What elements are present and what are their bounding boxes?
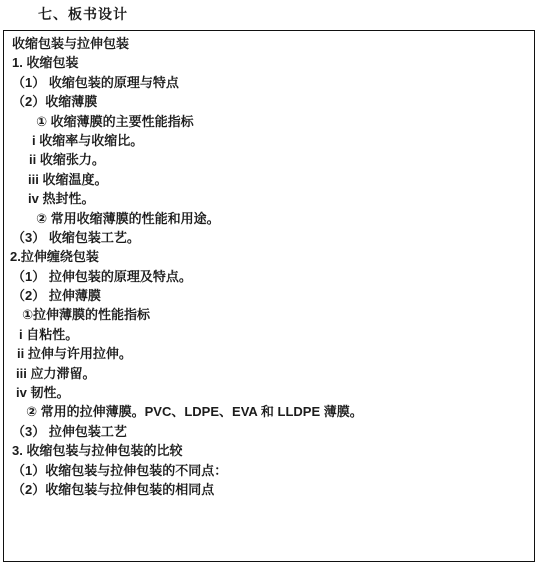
board-line: （2）收缩薄膜 [4,92,534,111]
board-line: iv 韧性。 [4,383,534,402]
board-line: ① 收缩薄膜的主要性能指标 [4,112,534,131]
board-line: 2.拉伸缠绕包装 [4,247,534,266]
board-line: i 自粘性。 [4,325,534,344]
board-line: 3. 收缩包装与拉伸包装的比较 [4,441,534,460]
board-line: iv 热封性。 [4,189,534,208]
board-line: （1） 收缩包装的原理与特点 [4,73,534,92]
board-line: iii 收缩温度。 [4,170,534,189]
board-outline-list: 收缩包装与拉伸包装1. 收缩包装（1） 收缩包装的原理与特点（2）收缩薄膜① 收… [4,31,534,499]
board-line: （2）收缩包装与拉伸包装的相同点 [4,480,534,499]
board-line: （1） 拉伸包装的原理及特点。 [4,267,534,286]
board-line: （3） 拉伸包装工艺 [4,422,534,441]
board-line: （1）收缩包装与拉伸包装的不同点： [4,461,534,480]
board-line: ② 常用收缩薄膜的性能和用途。 [4,209,534,228]
board-design-box: 收缩包装与拉伸包装1. 收缩包装（1） 收缩包装的原理与特点（2）收缩薄膜① 收… [3,30,535,562]
board-line: iii 应力滞留。 [4,364,534,383]
board-line: ② 常用的拉伸薄膜。PVC、LDPE、EVA 和 LLDPE 薄膜。 [4,402,534,421]
board-line: i 收缩率与收缩比。 [4,131,534,150]
board-line: ①拉伸薄膜的性能指标 [4,305,534,324]
board-line: 收缩包装与拉伸包装 [4,34,534,53]
page-title: 七、板书设计 [38,4,128,24]
board-line: 1. 收缩包装 [4,53,534,72]
board-line: ii 收缩张力。 [4,150,534,169]
board-line: ii 拉伸与许用拉伸。 [4,344,534,363]
board-line: （3） 收缩包装工艺。 [4,228,534,247]
board-line: （2） 拉伸薄膜 [4,286,534,305]
